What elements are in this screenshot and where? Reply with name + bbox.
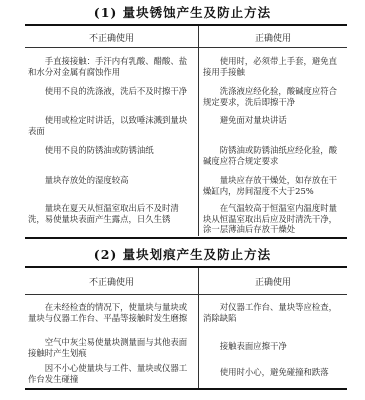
table1-header-rule [25, 47, 347, 48]
table1-top-rule [25, 24, 347, 26]
table1-row3-right: 避免面对量块讲话 [203, 115, 343, 126]
table1-row5-wrong: 量块存放处的湿度较高 [28, 175, 194, 186]
table1-row4-right: 防锈油或防锈油纸应经化验，酸碱度应符合规定要求 [203, 145, 343, 166]
table1-row2-right: 洗涤液应经化验，酸碱度应符合规定要求，洗后即擦干净 [203, 86, 343, 107]
table2-row2-wrong: 空气中灰尘易使量块测量面与其他表面接触时产生划痕 [28, 337, 194, 358]
table2-row1-right: 对仪器工作台、量块等应检查，消除缺陷 [203, 302, 343, 323]
table2-header-right: 正确使用 [199, 275, 347, 288]
table1-bottom-rule [25, 237, 347, 239]
table1-row1-wrong: 手直接接触：手汗内有乳酸、醋酸、盐和水分对金属有腐蚀作用 [28, 56, 194, 77]
table2-row3-right: 使用时小心，避免碰撞和跌落 [203, 367, 343, 378]
table2-bottom-rule [25, 388, 347, 390]
table1-row3-wrong: 使用或检定时讲话，以致唾沫溅到量块表面 [28, 115, 194, 136]
section2-title: (2) 量块划痕产生及防止方法 [0, 245, 365, 263]
table2-top-rule [25, 266, 347, 268]
table1-row2-wrong: 使用不良的洗涤液，洗后不及时擦干净 [28, 86, 194, 97]
table2-row2-right: 接触表面应擦干净 [203, 341, 343, 352]
table2-header-wrong: 不正确使用 [25, 275, 198, 288]
table1-row6-right: 在气温较高于恒温室内温度时量块从恒温室取出后应及时清洗干净，涂一层薄油后存放干燥… [203, 203, 343, 235]
table2-row3-wrong: 因不小心使量块与工件、量块或仪器工作台发生碰撞 [28, 363, 194, 384]
table1-row1-right: 使用时，必须带上手套，避免直接用手接触 [203, 56, 343, 77]
table2-header-rule [25, 294, 347, 295]
table1-row5-right: 量块应存放干燥处，如存放在干燥缸内，房间湿度不大于25% [203, 175, 343, 196]
section1-title: (1) 量块锈蚀产生及防止方法 [0, 3, 365, 21]
table1-column-divider [198, 26, 199, 236]
table1-header-wrong: 不正确使用 [25, 31, 198, 44]
table1-row6-wrong: 量块在夏天从恒温室取出后不及时清洗，易使量块表面产生露点，日久生锈 [28, 203, 194, 224]
table1-header-right: 正确使用 [199, 31, 347, 44]
table1-row4-wrong: 使用不良的防锈油或防锈油纸 [28, 145, 194, 156]
table2-row1-wrong: 在未经检查的情况下，使量块与量块或量块与仪器工作台、平晶等接触时发生磨擦 [28, 302, 194, 323]
